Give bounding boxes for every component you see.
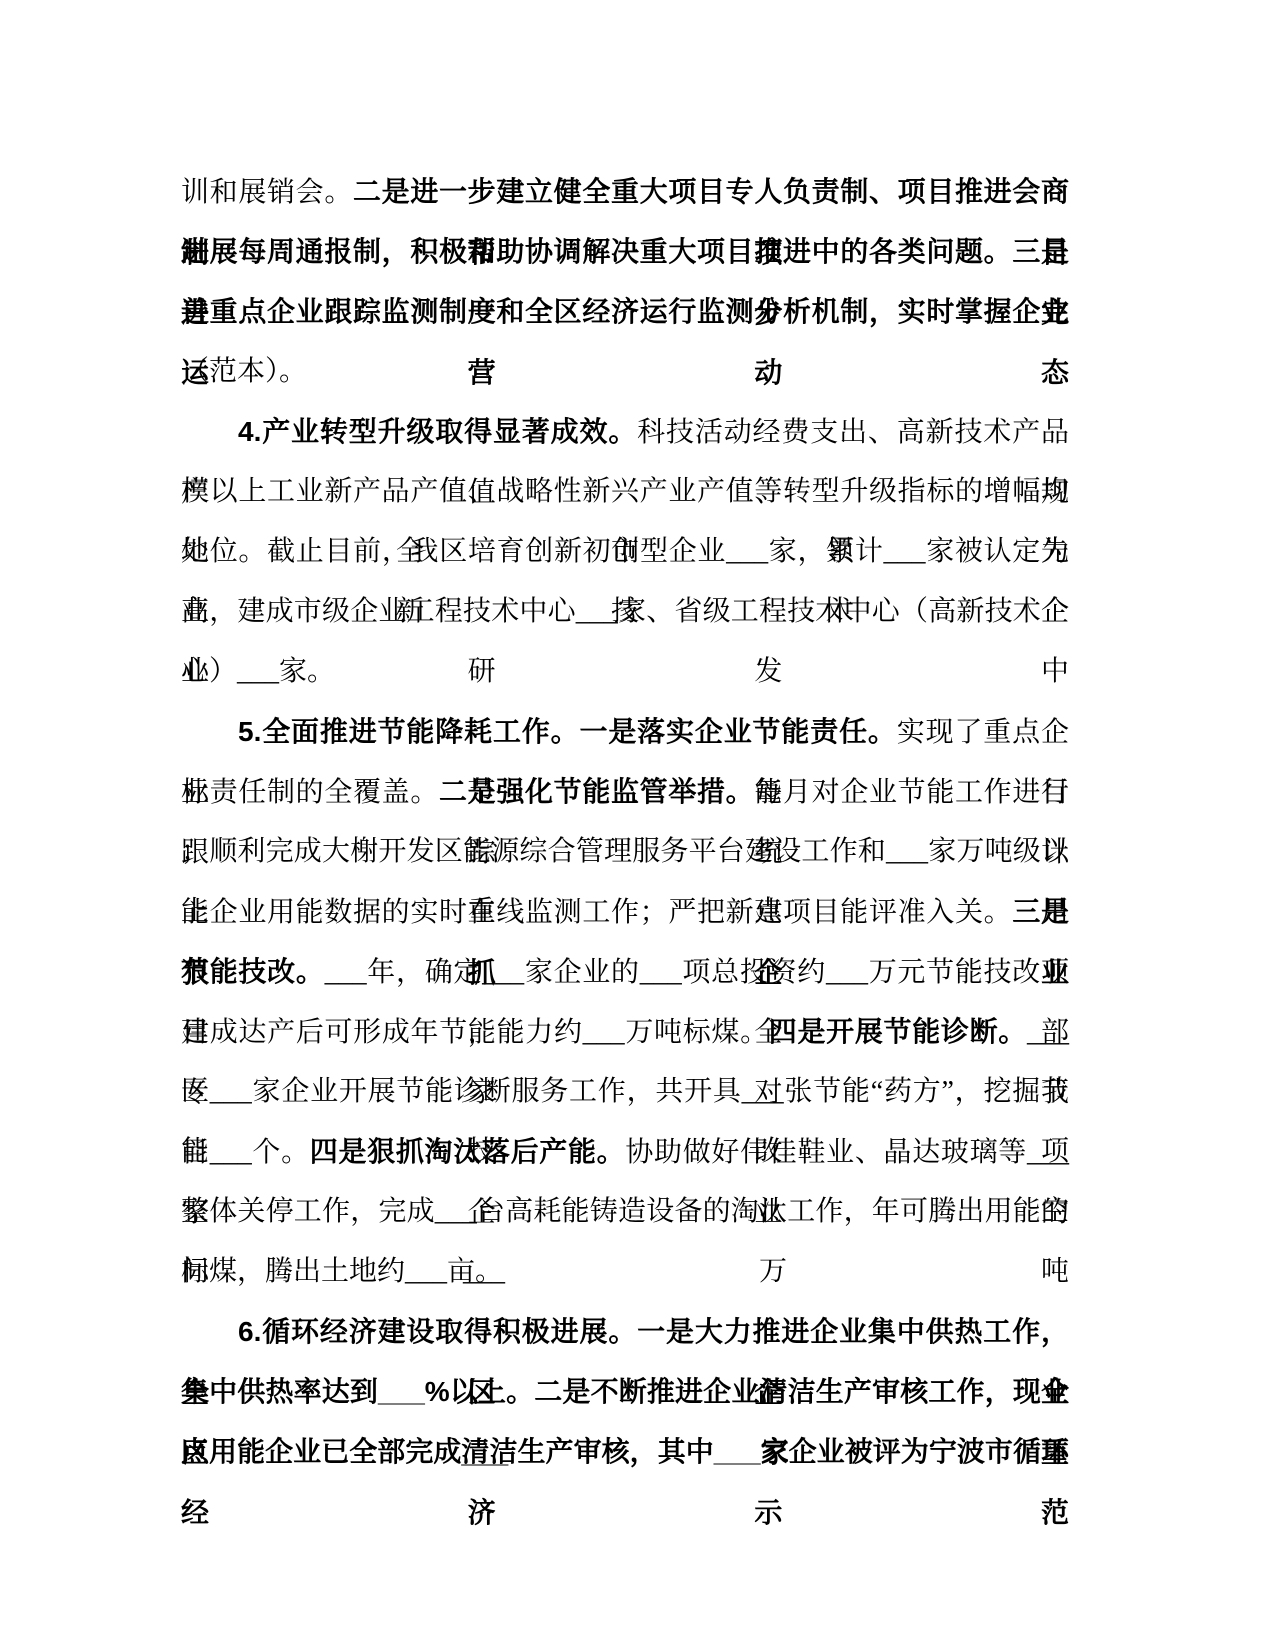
bold-text-run: 4.产业转型升级取得显著成效。 xyxy=(238,416,637,447)
bold-text-run: 节能技改。 xyxy=(181,956,325,987)
text-line: 整体关停工作，完成___台高耗能铸造设备的淘汰工作，年可腾出用能空间___万吨 xyxy=(181,1182,1069,1242)
text-line: 目___个。四是狠抓淘汰落后产能。协助做好伟佳鞋业、晶达玻璃等___家企业的 xyxy=(181,1122,1069,1182)
bold-text-run: 善重点企业跟踪监测制度和全区经济运行监测分析机制，实时掌握企业运营动态 xyxy=(181,296,1069,388)
bold-text-run: 点用能企业已全部完成清洁生产审核，其中___家企业被评为宁波市循环经济示范 xyxy=(181,1436,1069,1528)
text-line: 能企业用能数据的实时在线监测工作；严把新建项目能评准入关。三是狠抓企业 xyxy=(181,882,1069,942)
text-line: 建成达产后可形成年节能能力约___万吨标煤。四是开展节能诊断。___专家对我 xyxy=(181,1002,1069,1062)
text-line: 训和展销会。二是进一步建立健全重大项目专人负责制、项目推进会商制和项目 xyxy=(181,162,1069,222)
bold-text-run: 二是强化节能监管举措。 xyxy=(439,776,754,807)
text-line: 业，建成市级企业工程技术中心___家、省级工程技术中心（高新技术企业研发中 xyxy=(181,582,1069,642)
text-line: 标责任制的全覆盖。二是强化节能监管举措。每月对企业节能工作进行跟踪统计 xyxy=(181,762,1069,822)
text-line: 进展每周通报制，积极帮助协调解决重大项目推进中的各类问题。三是进一步完 xyxy=(181,222,1069,282)
document-body: 训和展销会。二是进一步建立健全重大项目专人负责制、项目推进会商制和项目进展每周通… xyxy=(181,162,1069,1482)
text-run: 标责任制的全覆盖。 xyxy=(181,777,439,808)
text-line: ；顺利完成大榭开发区能源综合管理服务平台建设工作和___家万吨级以上重点用 xyxy=(181,822,1069,882)
text-run: 训和展销会。 xyxy=(181,177,353,208)
text-run: 心）___家。 xyxy=(181,656,335,687)
text-line: 善重点企业跟踪监测制度和全区经济运行监测分析机制，实时掌握企业运营动态 xyxy=(181,282,1069,342)
text-run: 目___个。 xyxy=(181,1137,310,1168)
text-run: 标煤，腾出土地约___亩。 xyxy=(181,1256,503,1287)
text-line: 地位。截止目前，我区培育创新初创型企业___家，累计___家被认定为高新技术企 xyxy=(181,522,1069,582)
bold-text-run: 四是狠抓淘汰落后产能。 xyxy=(310,1136,626,1167)
text-line: 集中供热率达到___%以上。二是不断推进企业清洁生产审核工作，现全区___家重 xyxy=(181,1362,1069,1422)
text-line: 6.循环经济建设取得积极进展。一是大力推进企业集中供热工作，全区企业 xyxy=(181,1302,1069,1362)
text-line: 节能技改。___年，确定___家企业的___项总投资约___万元节能技改项目，全… xyxy=(181,942,1069,1002)
document-page: 训和展销会。二是进一步建立健全重大项目专人负责制、项目推进会商制和项目进展每周通… xyxy=(0,0,1275,1650)
text-run: （范本）。 xyxy=(181,356,307,387)
text-line: 模以上工业新产品产值、战略性新兴产业产值等转型升级指标的增幅均处全市领先 xyxy=(181,462,1069,522)
text-line: 4.产业转型升级取得显著成效。科技活动经费支出、高新技术产品产值、规 xyxy=(181,402,1069,462)
bold-text-run: 5.全面推进节能降耗工作。一是落实企业节能责任。 xyxy=(238,716,897,747)
text-run: 建成达产后可形成年节能能力约___万吨标煤。 xyxy=(181,1017,769,1048)
text-line: 点用能企业已全部完成清洁生产审核，其中___家企业被评为宁波市循环经济示范 xyxy=(181,1422,1069,1482)
text-line: 5.全面推进节能降耗工作。一是落实企业节能责任。实现了重点企业节能目 xyxy=(181,702,1069,762)
text-line: 区___家企业开展节能诊断服务工作，共开具___张节能“药方”，挖掘节能技改项 xyxy=(181,1062,1069,1122)
text-run: 能企业用能数据的实时在线监测工作；严把新建项目能评准入关。 xyxy=(181,897,1012,928)
bold-text-run: 四是开展节能诊断。 xyxy=(769,1016,1027,1047)
